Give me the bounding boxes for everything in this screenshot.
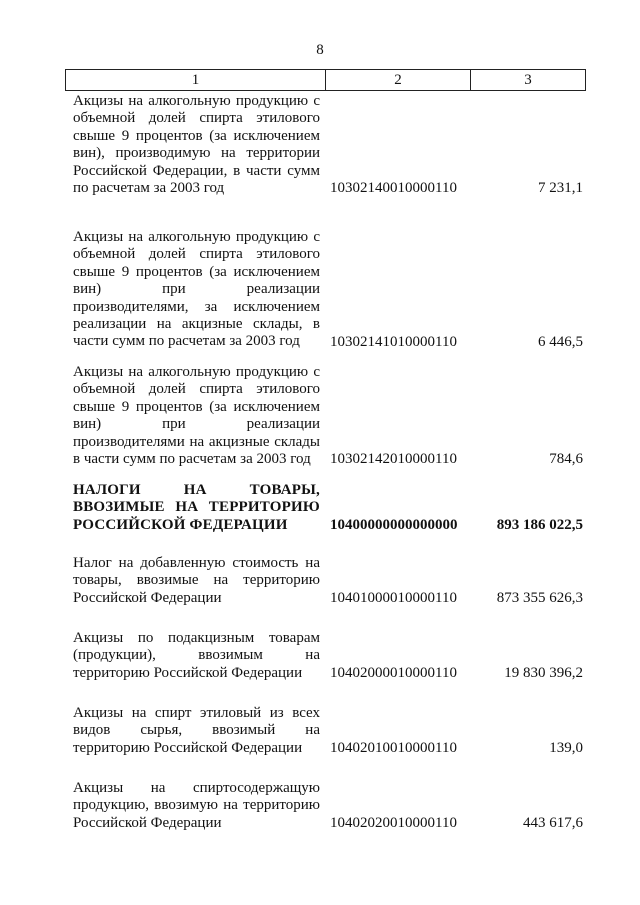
table-row: Акцизы на алкогольную продукцию с объемн… xyxy=(73,93,583,197)
row-code: 10402010010000110 xyxy=(330,740,457,757)
table-row: Акцизы на алкогольную продукцию с объемн… xyxy=(73,364,583,468)
section-amount: 893 186 022,5 xyxy=(497,517,583,534)
table-row: Акцизы на алкогольную продукцию с объемн… xyxy=(73,229,583,351)
row-amount: 784,6 xyxy=(549,451,583,468)
row-code: 10402020010000110 xyxy=(330,815,457,832)
row-amount: 443 617,6 xyxy=(523,815,583,832)
row-amount: 139,0 xyxy=(549,740,583,757)
section-title: НАЛОГИ НА ТОВАРЫ, ВВОЗИМЫЕ НА ТЕРРИТОРИЮ… xyxy=(73,482,320,534)
row-description: Акцизы на спирт этиловый из всех видов с… xyxy=(73,705,320,757)
column-header-2: 2 xyxy=(326,70,471,90)
row-description: Акцизы на алкогольную продукцию с объемн… xyxy=(73,93,320,197)
row-code: 10302141010000110 xyxy=(330,334,457,351)
table-row: Налог на добавленную стоимость на товары… xyxy=(73,555,583,607)
row-code: 10401000010000110 xyxy=(330,590,457,607)
table-row: Акцизы по подакцизным товарам (продукции… xyxy=(73,630,583,682)
section-code: 10400000000000000 xyxy=(330,517,458,534)
table-row: Акцизы на спирт этиловый из всех видов с… xyxy=(73,705,583,757)
table-header: 1 2 3 xyxy=(65,69,586,91)
row-code: 10302142010000110 xyxy=(330,451,457,468)
row-amount: 6 446,5 xyxy=(538,334,583,351)
column-header-1: 1 xyxy=(66,70,326,90)
row-description: Акцизы на алкогольную продукцию с объемн… xyxy=(73,364,320,468)
row-description: Акцизы по подакцизным товарам (продукции… xyxy=(73,630,320,682)
column-header-3: 3 xyxy=(471,70,585,90)
row-code: 10402000010000110 xyxy=(330,665,457,682)
row-amount: 873 355 626,3 xyxy=(497,590,583,607)
row-description: Акцизы на спиртосодержащую продукцию, вв… xyxy=(73,780,320,832)
section-header-row: НАЛОГИ НА ТОВАРЫ, ВВОЗИМЫЕ НА ТЕРРИТОРИЮ… xyxy=(73,482,583,534)
row-amount: 7 231,1 xyxy=(538,180,583,197)
table-row: Акцизы на спиртосодержащую продукцию, вв… xyxy=(73,780,583,832)
page-number: 8 xyxy=(0,42,640,59)
row-code: 10302140010000110 xyxy=(330,180,457,197)
row-amount: 19 830 396,2 xyxy=(504,665,583,682)
row-description: Налог на добавленную стоимость на товары… xyxy=(73,555,320,607)
row-description: Акцизы на алкогольную продукцию с объемн… xyxy=(73,229,320,351)
